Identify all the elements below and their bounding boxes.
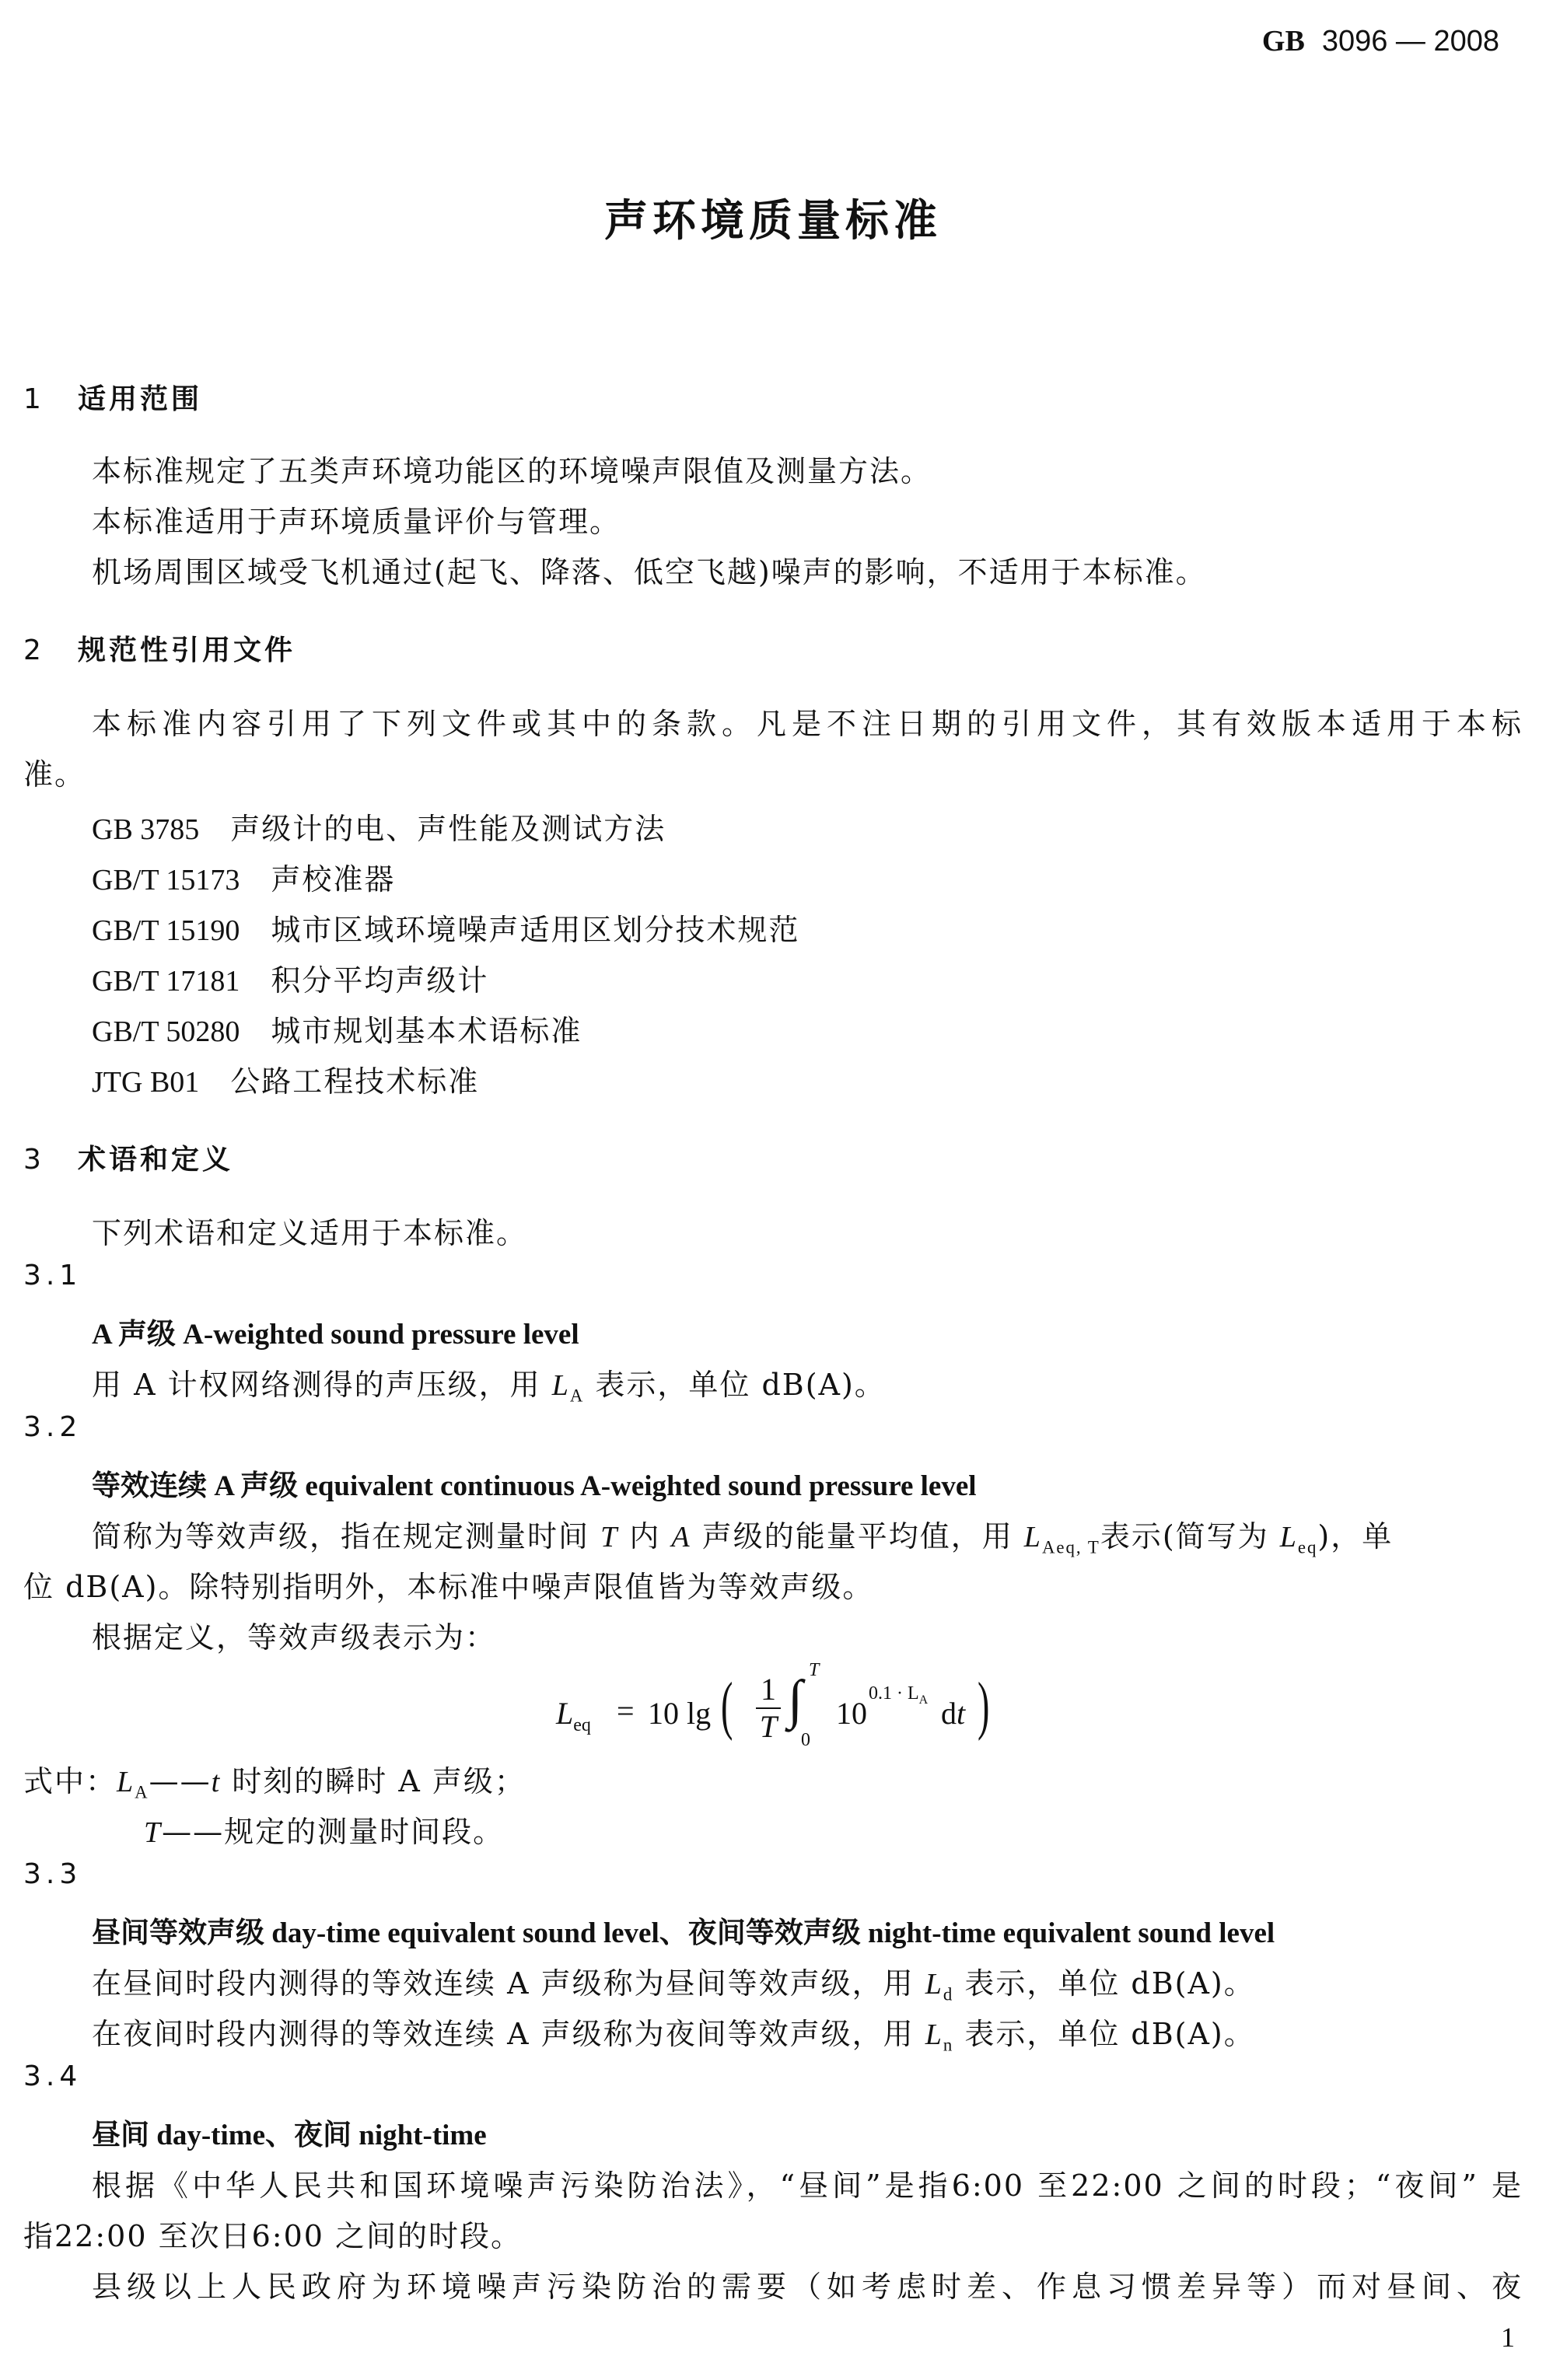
symbol-L: L <box>925 2018 943 2051</box>
section-number: 3 <box>23 1144 78 1176</box>
coefficient-log: 10 lg <box>648 1695 711 1732</box>
document-title: 声环境质量标准 <box>0 187 1546 249</box>
section-number: 1 <box>23 383 78 415</box>
subsection-number: 3.2 <box>23 1411 82 1443</box>
exponent: 0.1 · LA <box>869 1683 928 1707</box>
text: 表示(简写为 <box>1100 1519 1280 1553</box>
paragraph-continuation: 准。 <box>23 750 86 793</box>
term-title: 昼间等效声级 day-time equivalent sound level、夜… <box>92 1909 1275 1951</box>
integral-lower-limit: 0 <box>801 1730 810 1751</box>
paragraph: 根据定义，等效声级表示为： <box>92 1613 496 1656</box>
subsection-number: 3.3 <box>23 1858 82 1890</box>
symbol-L: L <box>1024 1521 1042 1553</box>
reference-item: GB/T 15190城市区域环境噪声适用区划分技术规范 <box>92 906 799 949</box>
section-number: 2 <box>23 634 78 666</box>
close-paren: ) <box>978 1668 989 1743</box>
page-number: 1 <box>1501 2321 1515 2354</box>
text: ——规定的测量时间段。 <box>162 1815 504 1849</box>
symbol-L: L <box>556 1696 573 1731</box>
reference-item: JTG B01公路工程技术标准 <box>92 1057 479 1100</box>
exponent-text: 0.1 · L <box>869 1683 919 1704</box>
numerator: 1 <box>754 1672 782 1707</box>
symbol-L: L <box>552 1369 570 1402</box>
differential: dt <box>941 1695 965 1732</box>
reference-item: GB/T 15173声校准器 <box>92 855 395 898</box>
standard-prefix: GB <box>1262 25 1305 58</box>
reference-item: GB/T 17181积分平均声级计 <box>92 956 488 999</box>
text: 在昼间时段内测得的等效连续 A 声级称为昼间等效声级，用 <box>92 1966 925 2001</box>
reference-title: 城市区域环境噪声适用区划分技术规范 <box>271 913 799 947</box>
text: 内 <box>618 1519 671 1553</box>
text: 时刻的瞬时 A 声级； <box>221 1764 526 1798</box>
term-definition: 在昼间时段内测得的等效连续 A 声级称为昼间等效声级，用 Ld 表示，单位 dB… <box>92 1959 1255 2005</box>
subsection-number: 3.4 <box>23 2060 82 2092</box>
text: 表示，单位 dB(A)。 <box>584 1368 886 1402</box>
reference-code: GB/T 50280 <box>92 1015 240 1049</box>
d: d <box>941 1696 957 1731</box>
reference-item: GB/T 50280城市规划基本术语标准 <box>92 1007 582 1050</box>
symbol-L: L <box>925 1968 943 2001</box>
reference-title: 公路工程技术标准 <box>230 1064 479 1099</box>
reference-title: 声校准器 <box>271 862 395 896</box>
reference-code: GB 3785 <box>92 813 199 847</box>
text: 表示，单位 dB(A)。 <box>953 2017 1255 2051</box>
reference-title: 积分平均声级计 <box>271 963 488 998</box>
dash: —— <box>149 1764 212 1798</box>
text: 在夜间时段内测得的等效连续 A 声级称为夜间等效声级，用 <box>92 2017 925 2051</box>
term-definition: 在夜间时段内测得的等效连续 A 声级称为夜间等效声级，用 Ln 表示，单位 dB… <box>92 2010 1255 2056</box>
term-title: 等效连续 A 声级 equivalent continuous A-weight… <box>92 1462 977 1504</box>
paragraph: 县级以上人民政府为环境噪声污染防治的需要（如考虑时差、作息习惯差异等）而对昼间、… <box>92 2263 1523 2305</box>
reference-code: JTG B01 <box>92 1065 199 1099</box>
equation-lhs: Leq <box>556 1695 591 1736</box>
reference-title: 声级计的电、声性能及测试方法 <box>230 812 666 846</box>
reference-item: GB 3785声级计的电、声性能及测试方法 <box>92 805 666 848</box>
subscript: d <box>943 1985 953 2004</box>
term-definition: 简称为等效声级，指在规定测量时间 T 内 A 声级的能量平均值，用 LAeq, … <box>92 1512 1523 1558</box>
subscript: A <box>919 1693 929 1707</box>
equals-sign: = <box>617 1693 635 1729</box>
text: 表示，单位 dB(A)。 <box>953 1966 1255 2001</box>
open-paren: ( <box>721 1668 733 1743</box>
section-1-heading: 1适用范围 <box>23 377 202 417</box>
fraction: 1 T <box>754 1672 782 1745</box>
integral-upper-limit: T <box>809 1660 819 1681</box>
text: 声级的能量平均值，用 <box>691 1519 1024 1553</box>
subscript: eq <box>1298 1538 1318 1557</box>
paragraph: 机场周围区域受飞机通过(起飞、降落、低空飞越)噪声的影响，不适用于本标准。 <box>92 548 1207 591</box>
term-title: A 声级 A-weighted sound pressure level <box>92 1310 579 1352</box>
base-ten: 10 <box>836 1695 867 1732</box>
where-clause-2: T——规定的测量时间段。 <box>144 1808 504 1851</box>
section-title: 规范性引用文件 <box>78 634 296 666</box>
section-2-heading: 2规范性引用文件 <box>23 628 296 668</box>
denominator: T <box>754 1709 782 1745</box>
reference-title: 城市规划基本术语标准 <box>271 1014 582 1048</box>
subscript: Aeq, T <box>1042 1538 1100 1557</box>
subscript: A <box>570 1386 584 1406</box>
text: 用 A 计权网络测得的声压级，用 <box>92 1368 552 1402</box>
subsection-number: 3.1 <box>23 1260 82 1291</box>
symbol-t: t <box>212 1766 222 1798</box>
term-definition: 用 A 计权网络测得的声压级，用 LA 表示，单位 dB(A)。 <box>92 1361 886 1407</box>
term-title: 昼间 day-time、夜间 night-time <box>92 2111 487 2153</box>
subscript: eq <box>573 1715 591 1735</box>
symbol-A: A <box>671 1521 691 1553</box>
section-title: 术语和定义 <box>78 1144 233 1176</box>
paragraph: 本标准规定了五类声环境功能区的环境噪声限值及测量方法。 <box>92 447 932 490</box>
subscript: A <box>135 1783 149 1802</box>
reference-code: GB/T 17181 <box>92 964 240 998</box>
subscript: n <box>943 2036 953 2055</box>
where-clause-1: 式中：LA——t 时刻的瞬时 A 声级； <box>23 1757 526 1803</box>
text: )，单 <box>1317 1519 1393 1553</box>
reference-code: GB/T 15173 <box>92 863 240 897</box>
where-label: 式中： <box>23 1764 117 1798</box>
reference-code: GB/T 15190 <box>92 914 240 948</box>
symbol-T: T <box>144 1816 162 1849</box>
symbol-L: L <box>1280 1521 1298 1553</box>
section-title: 适用范围 <box>78 383 202 415</box>
paragraph-continuation: 指22:00 至次日6:00 之间的时段。 <box>23 2212 522 2255</box>
section-3-heading: 3术语和定义 <box>23 1138 233 1177</box>
text: 简称为等效声级，指在规定测量时间 <box>92 1519 600 1553</box>
symbol-t: t <box>957 1696 965 1731</box>
standard-number: 3096 — 2008 <box>1322 25 1499 58</box>
symbol-T: T <box>600 1521 618 1553</box>
paragraph: 本标准内容引用了下列文件或其中的条款。凡是不注日期的引用文件，其有效版本适用于本… <box>92 700 1523 743</box>
paragraph: 下列术语和定义适用于本标准。 <box>92 1209 527 1252</box>
standard-code: GB3096 — 2008 <box>1262 23 1499 58</box>
paragraph-continuation: 位 dB(A)。除特别指明外，本标准中噪声限值皆为等效声级。 <box>23 1563 873 1606</box>
symbol-L: L <box>117 1766 135 1798</box>
paragraph: 根据《中华人民共和国环境噪声污染防治法》，“昼间”是指6:00 至22:00 之… <box>92 2162 1523 2204</box>
paragraph: 本标准适用于声环境质量评价与管理。 <box>92 498 621 540</box>
integral-sign: ∫ <box>788 1669 803 1732</box>
